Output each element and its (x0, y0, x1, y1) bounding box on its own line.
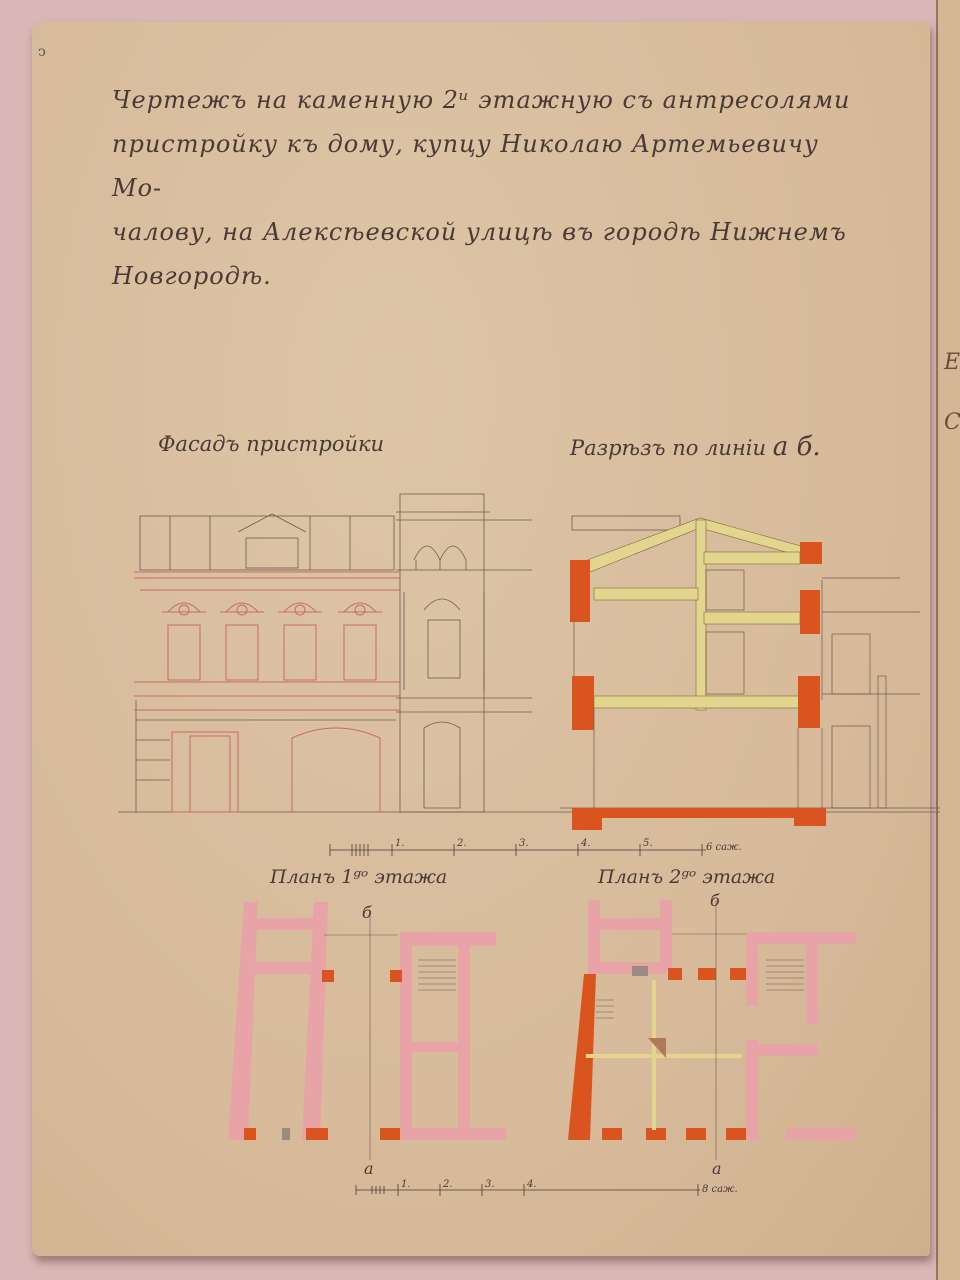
section-line-id: а б. (773, 432, 821, 462)
adjacent-page-edge: Е С (936, 0, 960, 1280)
title-line-3: чалову, на Алексѣевской улицѣ въ городѣ … (112, 210, 872, 298)
section-label: Разрѣзъ по линiи а б. (570, 432, 821, 462)
adjacent-page-fragment: С (944, 410, 960, 435)
facade-label: Фасадъ пристройки (158, 432, 384, 456)
plan1-label: Планъ 1ᵍᵒ этажа (270, 866, 447, 888)
section-label-text: Разрѣзъ по линiи (570, 436, 766, 460)
title-line-1: Чертежъ на каменную 2ᵘ этажную съ антрес… (112, 78, 872, 122)
document-title: Чертежъ на каменную 2ᵘ этажную съ антрес… (112, 78, 872, 298)
page-mark: ↄ (38, 44, 46, 60)
plan2-label: Планъ 2ᵍᵒ этажа (598, 866, 775, 888)
title-line-2: пристройку къ дому, купцу Николаю Артемь… (112, 122, 872, 210)
adjacent-page-fragment: Е (944, 350, 960, 375)
